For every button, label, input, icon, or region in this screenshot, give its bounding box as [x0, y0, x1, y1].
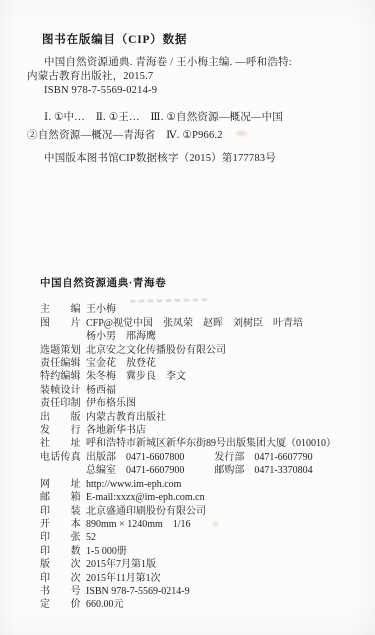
- colophon-row-label: 责任编辑: [40, 357, 81, 370]
- colophon-row-value: 2015年7月第1版: [86, 558, 156, 571]
- colophon-row-value: 杨西福: [86, 384, 116, 397]
- cip-title-line-1: 中国自然资源通典. 青海卷 / 王小梅主编. —呼和浩特:: [27, 56, 363, 70]
- colophon-row-value: 伊布格乐图: [86, 397, 136, 410]
- colophon-row-label: 印 次: [40, 572, 81, 585]
- cip-isbn-line: ISBN 978-7-5569-0214-9: [27, 84, 363, 98]
- colophon-row: 书 号 ISBN 978-7-5569-0214-9: [40, 585, 362, 598]
- colophon-row-value: E-mail:xxzx@im-eph.com.cn: [86, 491, 205, 504]
- colophon-row-value: 北京盛通印刷股份有限公司: [86, 505, 206, 518]
- colophon-row: 印 张 52: [40, 531, 362, 544]
- colophon-row-value: 内蒙古教育出版社: [86, 411, 166, 424]
- book-title: 中国自然资源通典·青海卷: [40, 277, 362, 290]
- colophon-row: 责任印制 伊布格乐图: [40, 397, 362, 410]
- colophon-row: 特约编辑 朱冬梅 冀步良 李文: [40, 370, 362, 383]
- colophon-row-value: 890mm × 1240mm 1/16: [86, 518, 191, 531]
- colophon-row-value: 52: [86, 531, 96, 544]
- cip-title-line-2: 内蒙古教育出版社，2015.7: [27, 70, 363, 84]
- colophon-row: 版 次 2015年7月第1版: [40, 558, 362, 571]
- colophon-row: 责任编辑 宝金花 敖登花: [40, 357, 362, 370]
- colophon-row-value: CFP@视觉中国 张凤荣 赵晖 刘树臣 叶青培 杨小男 邢海鹰: [86, 317, 303, 344]
- colophon-row: 发 行 各地新华书店: [40, 424, 362, 437]
- colophon-row-label: 版 次: [40, 558, 81, 571]
- colophon-row-value: 呼和浩特市新城区新华东街89号出版集团大厦（010010）: [86, 437, 336, 450]
- colophon-row-label: 网 址: [40, 478, 81, 491]
- colophon-row-label: 开 本: [40, 518, 81, 531]
- colophon-row-label: 邮 箱: [40, 491, 81, 504]
- colophon-row-value: 宝金花 敖登花: [86, 357, 156, 370]
- colophon-row-label: 书 号: [40, 585, 81, 598]
- colophon-row-value: 北京安之文化传播股份有限公司: [86, 344, 226, 357]
- colophon-row-value: 2015年11月第1次: [86, 572, 161, 585]
- colophon-row: 社 址 呼和浩特市新城区新华东街89号出版集团大厦（010010）: [40, 437, 362, 450]
- colophon-row-label: 印 装: [40, 505, 81, 518]
- cip-classification-line-1: Ⅰ. ①中… Ⅱ. ①王… Ⅲ. ①自然资源—概况—中国: [27, 109, 363, 127]
- colophon-row: 邮 箱 E-mail:xxzx@im-eph.com.cn: [40, 491, 362, 504]
- colophon-rows: 主 编 王小梅 图 片 CFP@视觉中国 张凤荣 赵晖 刘树臣 叶青培 杨小男 …: [40, 303, 362, 611]
- colophon-row: 图 片 CFP@视觉中国 张凤荣 赵晖 刘树臣 叶青培 杨小男 邢海鹰: [40, 317, 362, 344]
- colophon-block: 中国自然资源通典·青海卷 主 编 王小梅 图 片 CFP@视觉中国 张凤荣 赵晖…: [40, 277, 362, 612]
- colophon-row-value: 1-5 000册: [86, 545, 127, 558]
- colophon-row-label: 出 版: [40, 411, 81, 424]
- colophon-row-label: 印 数: [40, 545, 81, 558]
- colophon-row-label: 定 价: [40, 598, 81, 611]
- colophon-row-label: 装帧设计: [40, 384, 81, 397]
- cip-classification-line-2: ②自然资源—概况—青海省 Ⅳ. ①P966.2: [27, 127, 363, 145]
- colophon-row-value: 朱冬梅 冀步良 李文: [86, 370, 186, 383]
- colophon-row: 开 本 890mm × 1240mm 1/16: [40, 518, 362, 531]
- colophon-row-value: 王小梅: [86, 303, 116, 316]
- cip-record-number-line: 中国版本图书馆CIP数据核字（2015）第177783号: [27, 152, 363, 166]
- colophon-row-value: 各地新华书店: [86, 424, 146, 437]
- colophon-row-value: 出版部 0471-6607800 发行部 0471-6607790 总编室 04…: [86, 451, 313, 478]
- colophon-row-label: 发 行: [40, 424, 81, 437]
- colophon-row: 选题策划 北京安之文化传播股份有限公司: [40, 344, 362, 357]
- colophon-row-label: 主 编: [40, 303, 81, 316]
- colophon-row-label: 电话传真: [40, 451, 81, 464]
- colophon-row: 主 编 王小梅: [40, 303, 362, 316]
- scan-pink-spot: [213, 522, 218, 526]
- colophon-row-value: ISBN 978-7-5569-0214-9: [86, 585, 190, 598]
- colophon-row-value: 660.00元: [86, 598, 124, 611]
- colophon-row-value: http://www.im-eph.com: [86, 478, 181, 491]
- cip-heading: 图书在版编目（CIP）数据: [27, 33, 363, 47]
- colophon-row: 电话传真 出版部 0471-6607800 发行部 0471-6607790 总…: [40, 451, 362, 478]
- colophon-row: 定 价 660.00元: [40, 598, 362, 611]
- colophon-row: 印 数 1-5 000册: [40, 545, 362, 558]
- colophon-row-label: 特约编辑: [40, 370, 81, 383]
- colophon-row: 网 址 http://www.im-eph.com: [40, 478, 362, 491]
- scan-pink-spot: [236, 131, 247, 136]
- book-copyright-page: 图书在版编目（CIP）数据 中国自然资源通典. 青海卷 / 王小梅主编. —呼和…: [0, 0, 375, 635]
- colophon-row-label: 责任印制: [40, 397, 81, 410]
- colophon-row-label: 选题策划: [40, 344, 81, 357]
- colophon-row-label: 社 址: [40, 437, 81, 450]
- colophon-row: 印 装 北京盛通印刷股份有限公司: [40, 505, 362, 518]
- colophon-row: 印 次 2015年11月第1次: [40, 572, 362, 585]
- colophon-row: 装帧设计 杨西福: [40, 384, 362, 397]
- colophon-row: 出 版 内蒙古教育出版社: [40, 411, 362, 424]
- colophon-row-label: 图 片: [40, 317, 81, 330]
- colophon-row-label: 印 张: [40, 531, 81, 544]
- cip-block: 图书在版编目（CIP）数据 中国自然资源通典. 青海卷 / 王小梅主编. —呼和…: [27, 33, 363, 166]
